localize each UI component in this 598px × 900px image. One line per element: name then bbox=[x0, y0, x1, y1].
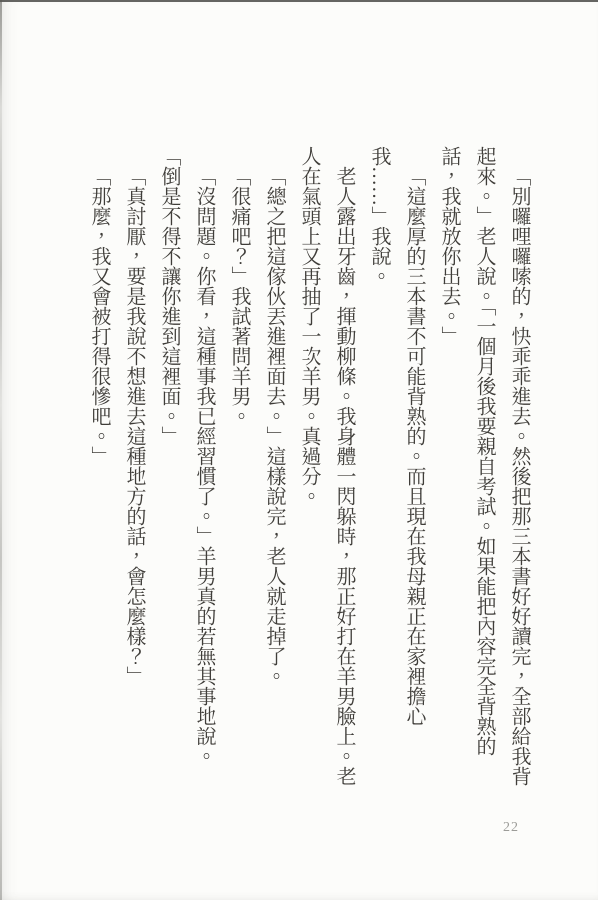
paragraph: 老人露出牙齒，揮動柳條。我身體一閃躲時，那正好打在羊男臉上。老人在氣頭上又再抽了… bbox=[291, 146, 361, 786]
paragraph: 「總之把這傢伙丟進裡面去。」這樣說完，老人就走掉了。 bbox=[256, 146, 291, 786]
scan-edge-top bbox=[0, 0, 598, 2]
book-page: 「別囉哩囉嗦的，快乖乖進去。然後把那三本書好好讀完，全部給我背起來。」老人說。「… bbox=[0, 0, 598, 900]
paragraph: 「很痛吧？」我試著問羊男。 bbox=[221, 146, 256, 786]
paragraph: 「別囉哩囉嗦的，快乖乖進去。然後把那三本書好好讀完，全部給我背起來。」老人說。「… bbox=[431, 146, 536, 786]
paragraph: 「那麼，我又會被打得很慘吧。」 bbox=[81, 146, 116, 786]
page-number: 22 bbox=[503, 820, 519, 836]
text-block: 「別囉哩囉嗦的，快乖乖進去。然後把那三本書好好讀完，全部給我背起來。」老人說。「… bbox=[81, 146, 536, 786]
paragraph: 「這麼厚的三本書不可能背熟的。而且現在我母親正在家裡擔心我……」我說。 bbox=[361, 146, 431, 786]
paragraph: 「真討厭，要是我說不想進去這種地方的話，會怎麼樣？」 bbox=[116, 146, 151, 786]
scan-edge-left bbox=[0, 0, 2, 900]
paragraph: 「沒問題。你看，這種事我已經習慣了。」羊男真的若無其事地說。「倒是不得不讓你進到… bbox=[151, 146, 221, 786]
